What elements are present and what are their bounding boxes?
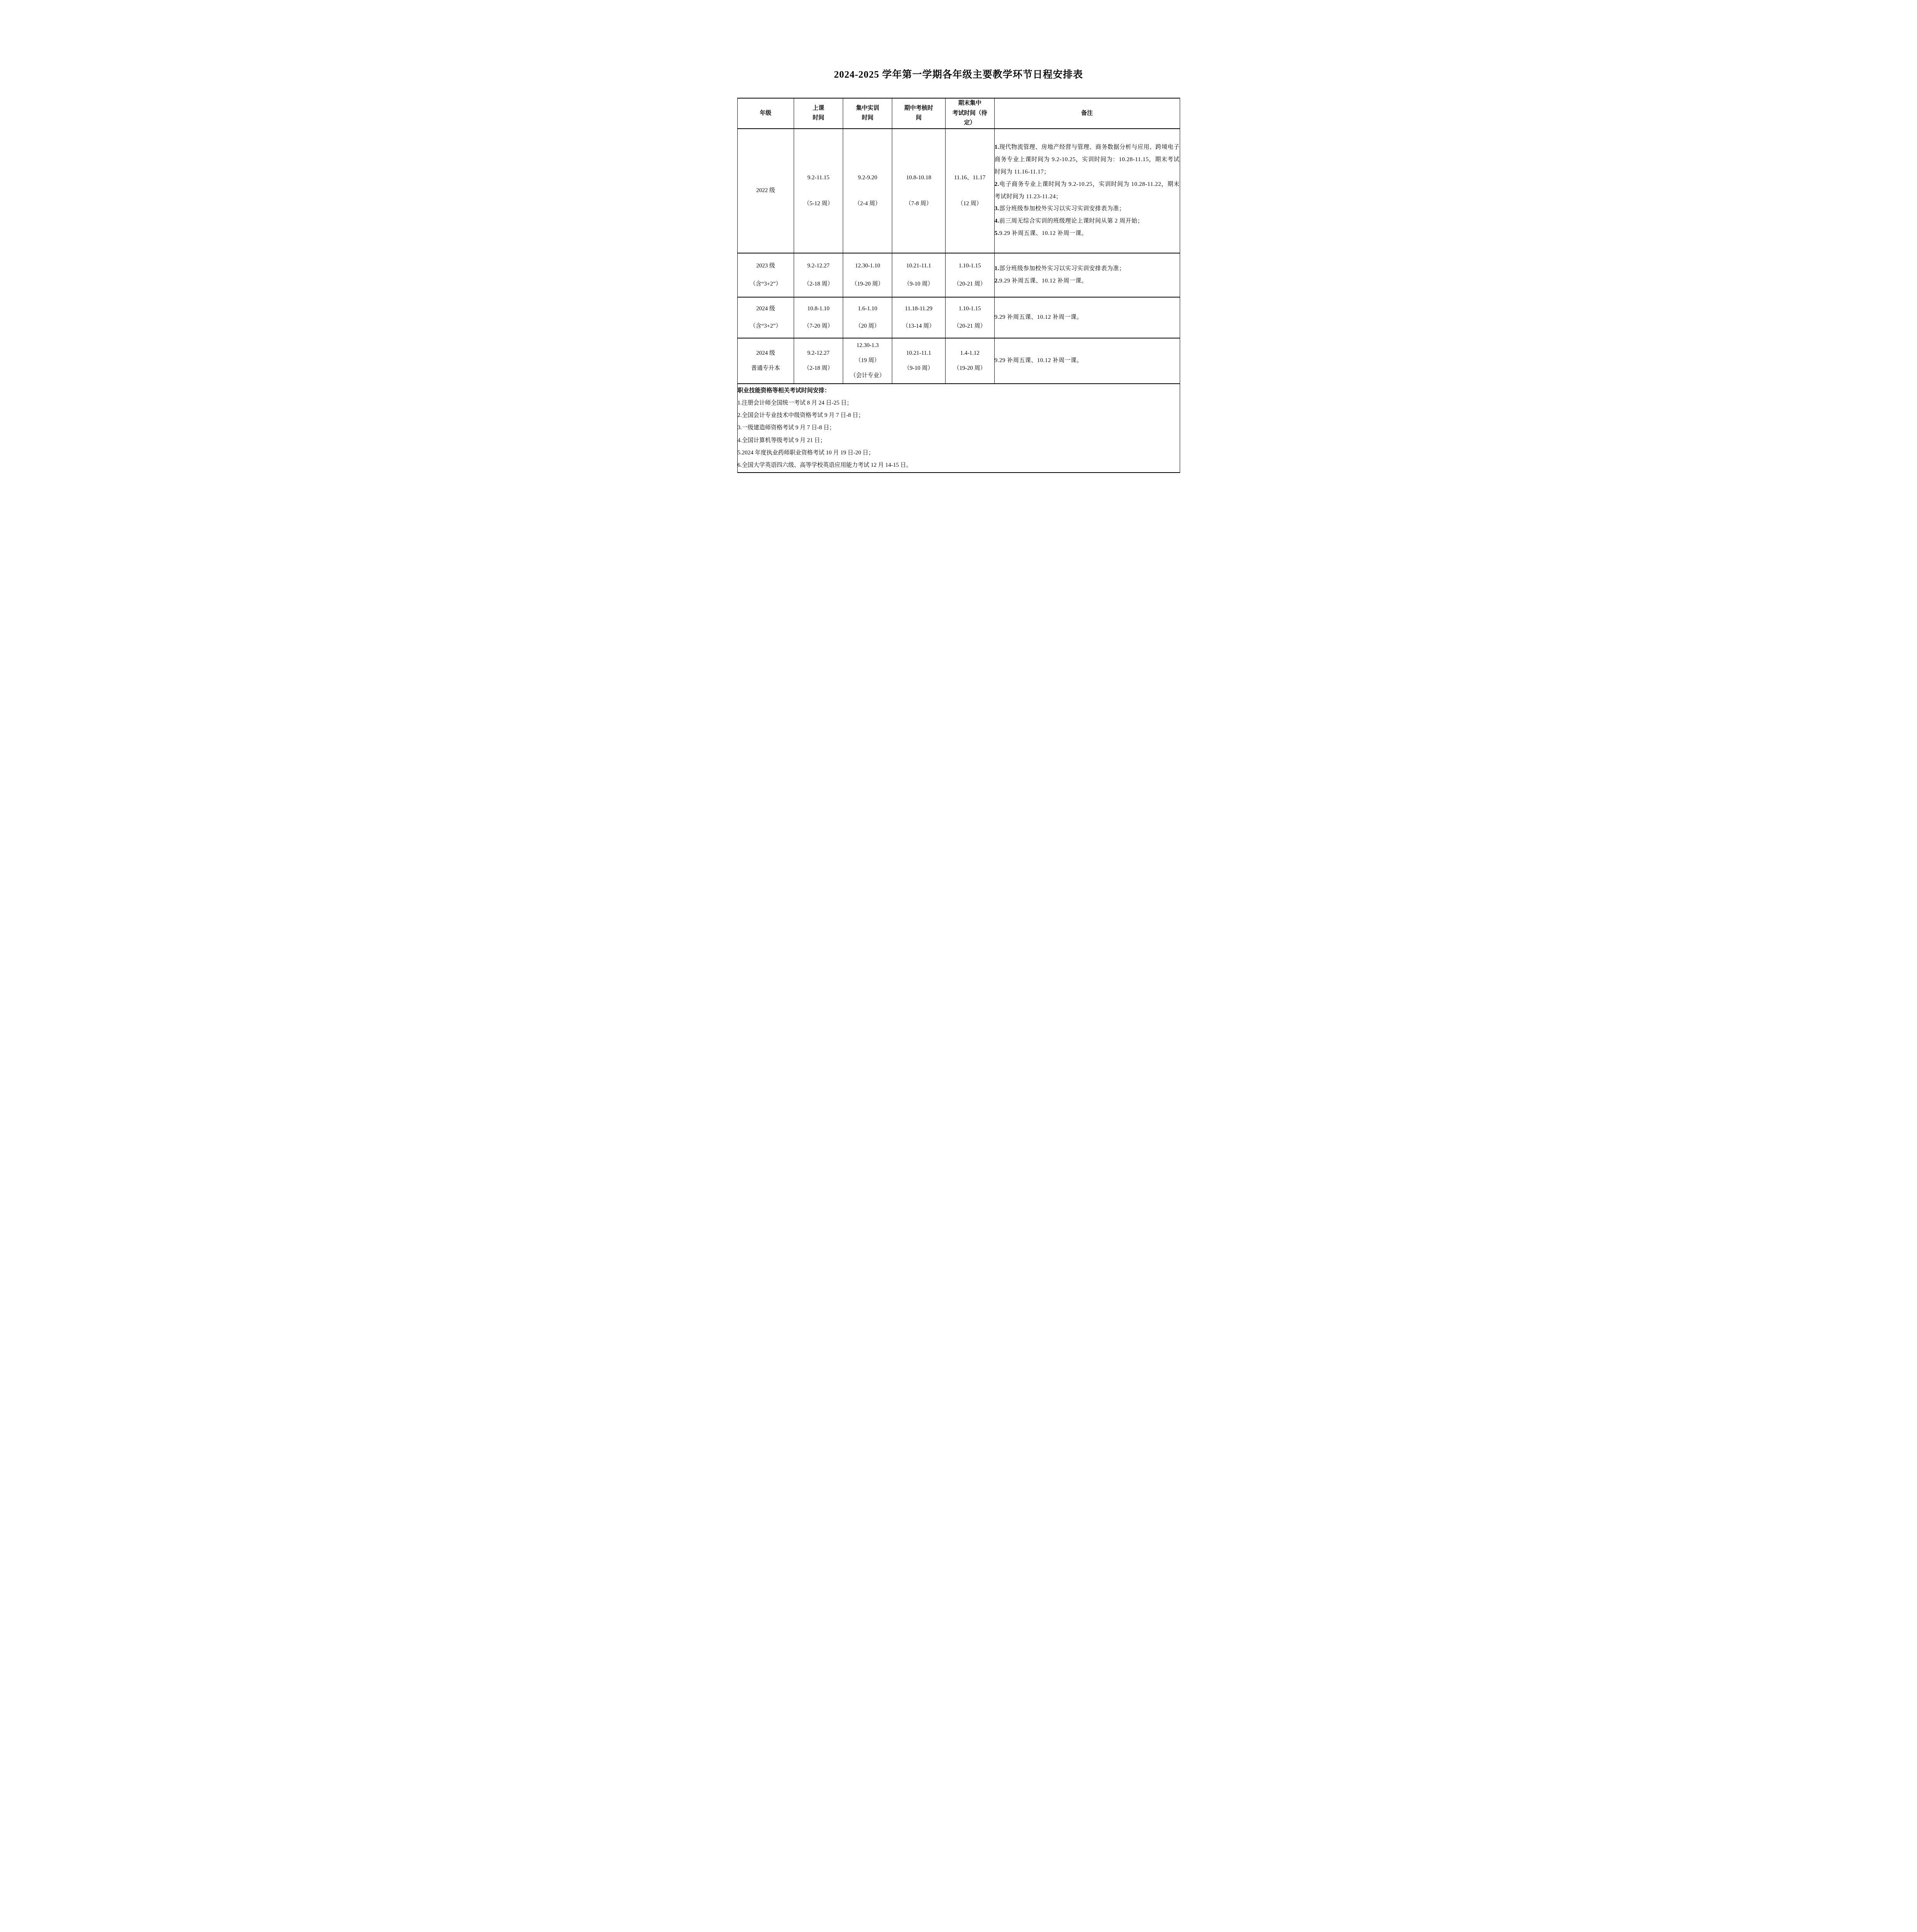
table-row: 2024 级 （含“3+2”） 10.8-1.10 （7-20 周） 1.6-1… bbox=[737, 297, 1180, 338]
header-line: 定） bbox=[946, 118, 994, 128]
remark-item: 1.现代物流管理、房地产经营与管理、商务数据分析与应用、跨境电子商务专业上课时间… bbox=[995, 141, 1180, 178]
class-time-cell: 9.2-11.15 （5-12 周） bbox=[794, 129, 843, 253]
cell-line: （19 周） bbox=[855, 357, 880, 365]
cell-line: （7-8 周） bbox=[905, 200, 932, 208]
remark-number: 1. bbox=[995, 265, 999, 272]
remark-item: 1.部分班级参加校外实习以实习实训安排表为准； bbox=[995, 263, 1180, 275]
grade-cell: 2023 级 （含“3+2”） bbox=[737, 253, 794, 297]
cell-line: （19-20 周） bbox=[954, 364, 986, 372]
midterm-time-cell: 10.21-11.1 （9-10 周） bbox=[892, 338, 945, 384]
header-line: 间 bbox=[892, 113, 945, 123]
cell-line: （2-18 周） bbox=[804, 364, 833, 372]
page-title: 2024-2025 学年第一学期各年级主要教学环节日程安排表 bbox=[719, 70, 1198, 80]
cell-line: 2024 级 bbox=[756, 305, 775, 313]
remark-item: 5.9.29 补周五课、10.12 补周一课。 bbox=[995, 228, 1180, 240]
remark-text: 电子商务专业上课时间为 9.2-10.25，实训时间为 10.28-11.22，… bbox=[995, 181, 1180, 200]
remarks-cell: 1.部分班级参加校外实习以实习实训安排表为准； 2.9.29 补周五课、10.1… bbox=[994, 253, 1180, 297]
header-line: 期末集中 bbox=[946, 99, 994, 109]
remark-text: 部分班级参加校外实习以实习实训安排表为准； bbox=[999, 265, 1125, 272]
footer-item: 1.注册会计师全国统一考试 8 月 24 日-25 日； bbox=[738, 397, 1180, 409]
remark-item: 9.29 补周五课、10.12 补周一课。 bbox=[995, 311, 1180, 324]
header-line: 期中考核时 bbox=[892, 104, 945, 114]
footer-heading: 职业技能资格等相关考试时间安排： bbox=[738, 384, 1180, 397]
cell-line: （2-4 周） bbox=[854, 200, 881, 208]
header-remarks: 备注 bbox=[994, 98, 1180, 129]
midterm-time-cell: 10.8-10.18 （7-8 周） bbox=[892, 129, 945, 253]
remark-number: 2. bbox=[995, 181, 999, 187]
midterm-time-cell: 10.21-11.1 （9-10 周） bbox=[892, 253, 945, 297]
cell-line: 12.30-1.3 bbox=[856, 342, 879, 350]
header-line: 时间 bbox=[843, 113, 892, 123]
training-time-cell: 12.30-1.10 （19-20 周） bbox=[843, 253, 892, 297]
cell-line: （7-20 周） bbox=[804, 322, 833, 330]
class-time-cell: 10.8-1.10 （7-20 周） bbox=[794, 297, 843, 338]
remarks-cell: 9.29 补周五课、10.12 补周一课。 bbox=[994, 297, 1180, 338]
remark-number: 1. bbox=[995, 144, 999, 150]
remark-item: 2.9.29 补周五课、10.12 补周一课。 bbox=[995, 275, 1180, 287]
remark-text: 部分班级参加校外实习以实习实训安排表为准； bbox=[999, 206, 1125, 212]
training-time-cell: 1.6-1.10 （20 周） bbox=[843, 297, 892, 338]
final-exam-time-cell: 1.10-1.15 （20-21 周） bbox=[945, 297, 994, 338]
cell-line: （13-14 周） bbox=[903, 322, 935, 330]
training-time-cell: 9.2-9.20 （2-4 周） bbox=[843, 129, 892, 253]
remark-number: 5. bbox=[995, 230, 999, 236]
cell-line: 1.4-1.12 bbox=[960, 349, 980, 357]
cell-line: （20-21 周） bbox=[954, 280, 986, 288]
cell-line: 12.30-1.10 bbox=[855, 262, 880, 270]
class-time-cell: 9.2-12.27 （2-18 周） bbox=[794, 338, 843, 384]
remark-text: 9.29 补周五课、10.12 补周一课。 bbox=[995, 357, 1083, 364]
remark-text: 前三周无综合实训的班级理论上课时间从第 2 周开始； bbox=[999, 218, 1143, 224]
cell-line: 10.8-1.10 bbox=[807, 305, 830, 313]
document-page: 2024-2025 学年第一学期各年级主要教学环节日程安排表 年级 上课 时间 … bbox=[719, 0, 1198, 678]
remark-number: 2. bbox=[995, 278, 999, 284]
cell-line: （9-10 周） bbox=[904, 364, 933, 372]
header-final-exam-time: 期末集中 考试时间（待 定） bbox=[945, 98, 994, 129]
header-grade: 年级 bbox=[737, 98, 794, 129]
cell-line: （20 周） bbox=[855, 322, 880, 330]
final-exam-time-cell: 1.4-1.12 （19-20 周） bbox=[945, 338, 994, 384]
footer-item: 2.全国会计专业技术中级资格考试 9 月 7 日-8 日； bbox=[738, 409, 1180, 422]
header-midterm-time: 期中考核时 间 bbox=[892, 98, 945, 129]
cell-line: （含“3+2”） bbox=[750, 322, 781, 330]
remark-text: 9.29 补周五课、10.12 补周一课。 bbox=[999, 230, 1087, 236]
cell-line: 11.16、11.17 bbox=[954, 174, 985, 182]
class-time-cell: 9.2-12.27 （2-18 周） bbox=[794, 253, 843, 297]
footer-section: 职业技能资格等相关考试时间安排： 1.注册会计师全国统一考试 8 月 24 日-… bbox=[737, 384, 1180, 473]
remark-item: 4.前三周无综合实训的班级理论上课时间从第 2 周开始； bbox=[995, 215, 1180, 228]
cell-line: 1.10-1.15 bbox=[959, 262, 981, 270]
footer-item: 5.2024 年度执业药师职业资格考试 10 月 19 日-20 日； bbox=[738, 447, 1180, 459]
cell-line: （19-20 周） bbox=[851, 280, 884, 288]
final-exam-time-cell: 1.10-1.15 （20-21 周） bbox=[945, 253, 994, 297]
remark-item: 9.29 补周五课、10.12 补周一课。 bbox=[995, 355, 1180, 367]
training-time-cell: 12.30-1.3 （19 周） （会计专业） bbox=[843, 338, 892, 384]
final-exam-time-cell: 11.16、11.17 （12 周） bbox=[945, 129, 994, 253]
header-line: 年级 bbox=[738, 109, 794, 119]
cell-line: （含“3+2”） bbox=[750, 280, 781, 288]
remarks-cell: 9.29 补周五课、10.12 补周一课。 bbox=[994, 338, 1180, 384]
cell-line: 9.2-12.27 bbox=[807, 349, 830, 357]
remark-item: 3.部分班级参加校外实习以实习实训安排表为准； bbox=[995, 203, 1180, 215]
header-line: 考试时间（待 bbox=[946, 109, 994, 119]
header-training-time: 集中实训 时间 bbox=[843, 98, 892, 129]
header-line: 上课 bbox=[794, 104, 843, 114]
cell-line: 10.21-11.1 bbox=[906, 349, 931, 357]
cell-line: （9-10 周） bbox=[904, 280, 933, 288]
grade-cell: 2024 级 （含“3+2”） bbox=[737, 297, 794, 338]
header-class-time: 上课 时间 bbox=[794, 98, 843, 129]
remark-text: 9.29 补周五课、10.12 补周一课。 bbox=[995, 314, 1083, 320]
table-row: 2023 级 （含“3+2”） 9.2-12.27 （2-18 周） 12.30… bbox=[737, 253, 1180, 297]
footer-row: 职业技能资格等相关考试时间安排： 1.注册会计师全国统一考试 8 月 24 日-… bbox=[737, 384, 1180, 473]
header-line: 时间 bbox=[794, 113, 843, 123]
remark-number: 4. bbox=[995, 218, 999, 224]
cell-line: 11.18-11.29 bbox=[905, 305, 932, 313]
table-row: 2022 级 9.2-11.15 （5-12 周） 9.2-9.20 （2-4 … bbox=[737, 129, 1180, 253]
remark-text: 9.29 补周五课、10.12 补周一课。 bbox=[999, 278, 1087, 284]
cell-line: 2022 级 bbox=[756, 187, 775, 195]
remarks-cell: 1.现代物流管理、房地产经营与管理、商务数据分析与应用、跨境电子商务专业上课时间… bbox=[994, 129, 1180, 253]
cell-line: 9.2-9.20 bbox=[858, 174, 877, 182]
remark-number: 3. bbox=[995, 206, 999, 212]
cell-line: （会计专业） bbox=[850, 372, 885, 380]
cell-line: （5-12 周） bbox=[804, 200, 833, 208]
remark-item: 2.电子商务专业上课时间为 9.2-10.25，实训时间为 10.28-11.2… bbox=[995, 179, 1180, 203]
remark-text: 现代物流管理、房地产经营与管理、商务数据分析与应用、跨境电子商务专业上课时间为 … bbox=[995, 144, 1180, 175]
header-line: 备注 bbox=[995, 109, 1180, 119]
schedule-table: 年级 上课 时间 集中实训 时间 期中考核时 间 期末集中 考试时间（待 定 bbox=[737, 98, 1180, 473]
footer-item: 6.全国大学英语四六级、高等学校英语应用能力考试 12 月 14-15 日。 bbox=[738, 459, 1180, 471]
cell-line: 2023 级 bbox=[756, 262, 775, 270]
cell-line: 1.10-1.15 bbox=[959, 305, 981, 313]
grade-cell: 2024 级 普通专升本 bbox=[737, 338, 794, 384]
footer-item: 3.一级建造师资格考试 9 月 7 日-8 日； bbox=[738, 422, 1180, 434]
cell-line: （2-18 周） bbox=[804, 280, 833, 288]
cell-line: 9.2-11.15 bbox=[808, 174, 830, 182]
cell-line: 2024 级 bbox=[756, 349, 775, 357]
cell-line: （20-21 周） bbox=[954, 322, 986, 330]
table-header-row: 年级 上课 时间 集中实训 时间 期中考核时 间 期末集中 考试时间（待 定 bbox=[737, 98, 1180, 129]
table-row: 2024 级 普通专升本 9.2-12.27 （2-18 周） 12.30-1.… bbox=[737, 338, 1180, 384]
cell-line: 10.8-10.18 bbox=[906, 174, 931, 182]
cell-line: 普通专升本 bbox=[751, 364, 780, 372]
cell-line: 9.2-12.27 bbox=[807, 262, 830, 270]
cell-line: 10.21-11.1 bbox=[906, 262, 931, 270]
header-line: 集中实训 bbox=[843, 104, 892, 114]
cell-line: （12 周） bbox=[958, 200, 982, 208]
cell-line: 1.6-1.10 bbox=[858, 305, 877, 313]
footer-item: 4.全国计算机等级考试 9 月 21 日； bbox=[738, 434, 1180, 447]
midterm-time-cell: 11.18-11.29 （13-14 周） bbox=[892, 297, 945, 338]
grade-cell: 2022 级 bbox=[737, 129, 794, 253]
